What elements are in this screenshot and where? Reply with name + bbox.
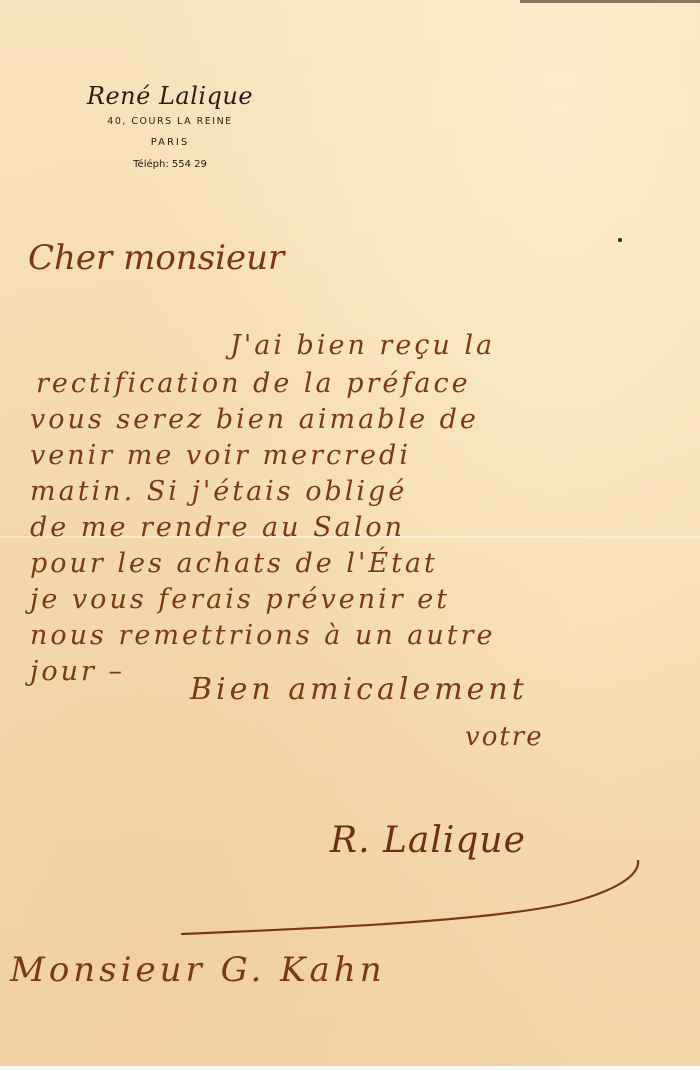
paper-bottom-edge [0,1066,700,1071]
body-line: je vous ferais prévenir et [30,584,450,615]
letterhead-city: PARIS [60,137,280,148]
body-line: J'ai bien reçu la [230,330,495,361]
body-line: venir me voir mercredi [30,440,411,471]
body-line: de me rendre au Salon [30,512,405,543]
body-line: rectification de la préface [36,368,471,399]
letter-closing: Bien amicalement [190,672,528,707]
letterhead: René Lalique 40, COURS LA REINE PARIS Té… [60,82,280,170]
letter-greeting: Cher monsieur [28,238,284,278]
letterhead-address: 40, COURS LA REINE [60,116,280,127]
letterhead-name: René Lalique [60,82,280,110]
signature: R. Lalique [330,820,526,861]
letterhead-phone: Téléph: 554 29 [60,159,280,170]
paper-edge [520,0,700,3]
recipient-address: Monsieur G. Kahn [10,950,386,990]
body-line: vous serez bien aimable de [30,404,479,435]
body-line: jour – [30,656,125,687]
ink-spot [618,238,622,242]
letter-closing-votre: votre [465,722,544,752]
body-line: matin. Si j'étais obligé [30,476,407,507]
signature-flourish [180,860,650,940]
body-line: nous remettrions à un autre [30,620,496,651]
body-line: pour les achats de l'État [30,548,438,579]
